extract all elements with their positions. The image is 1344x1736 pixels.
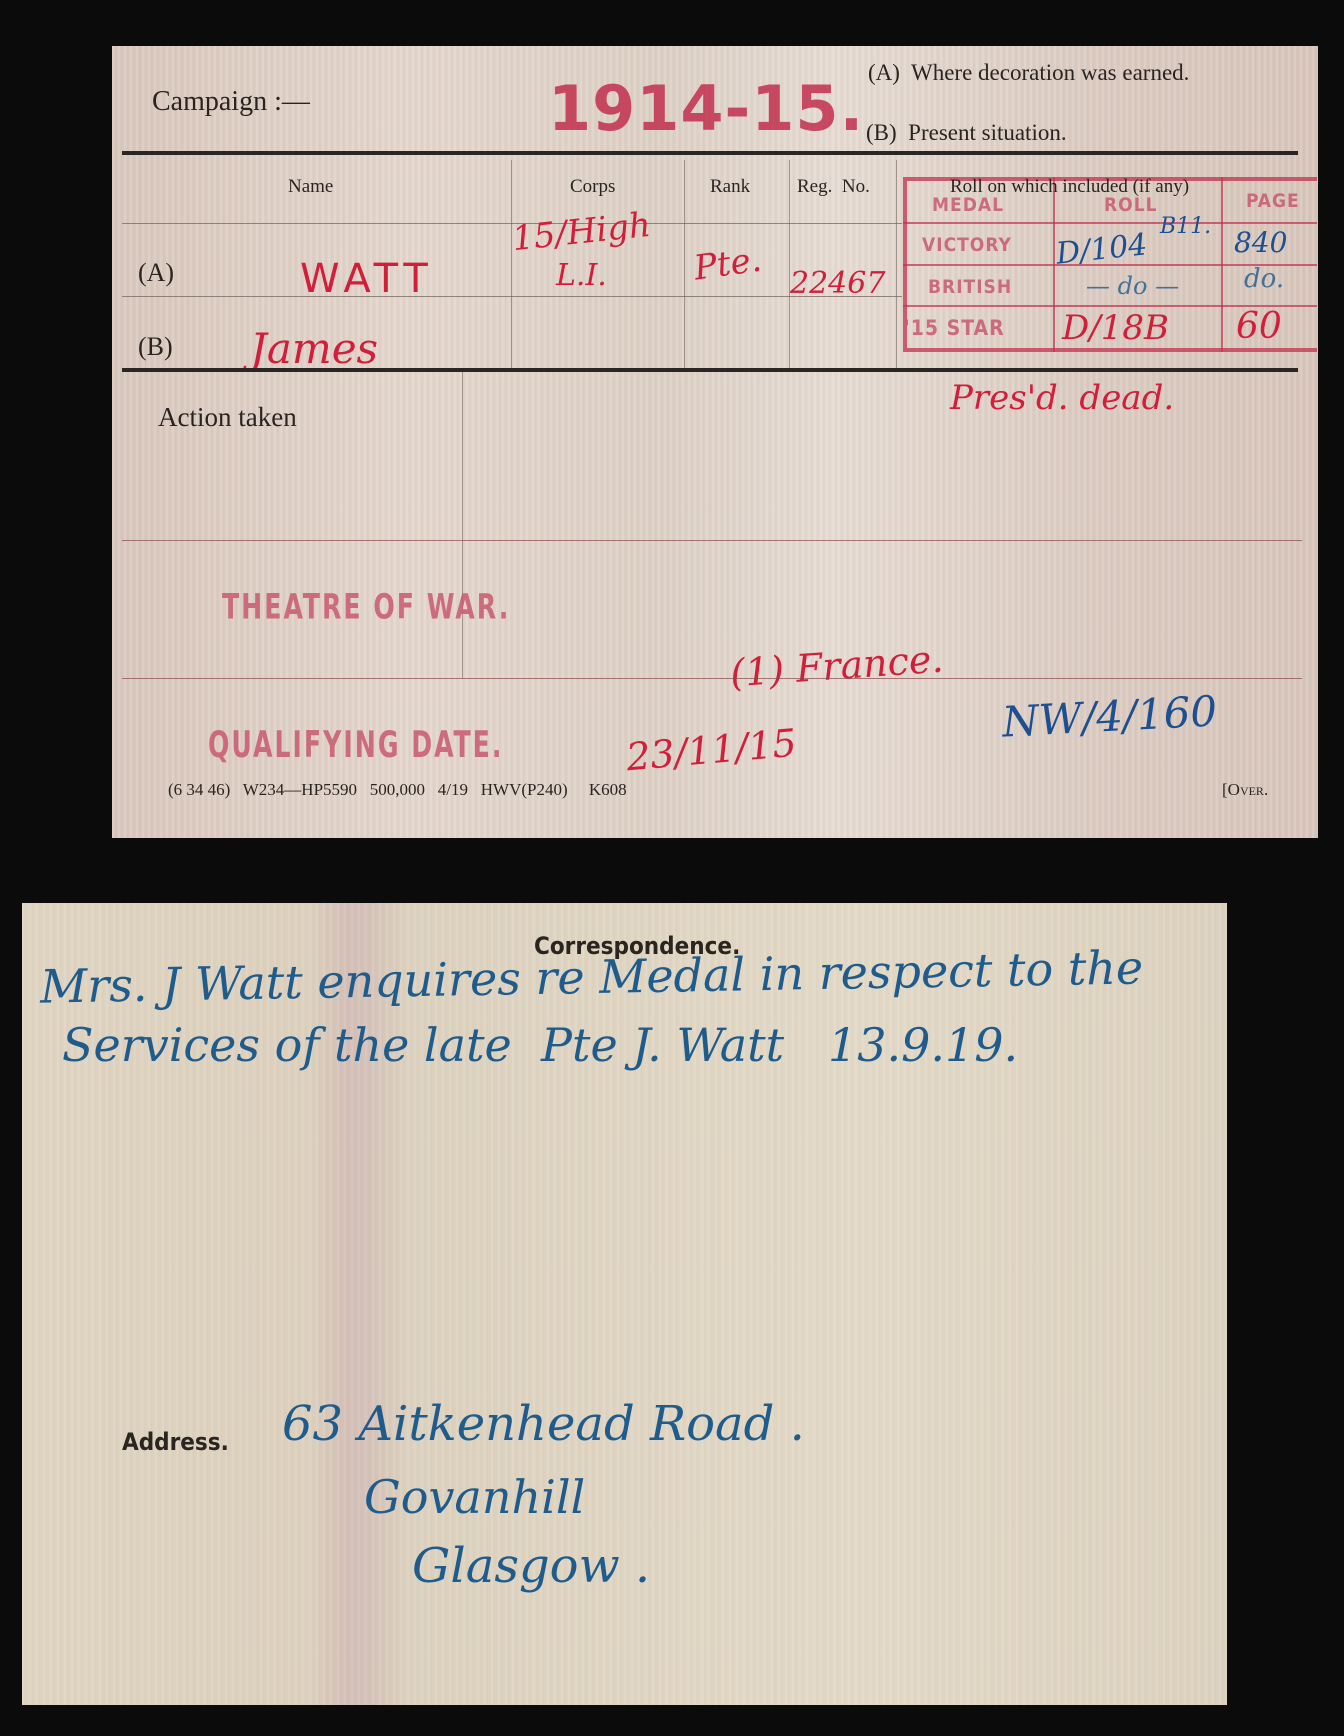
header-rule [122,151,1298,155]
col-divider [684,160,685,368]
stamp-divider [1221,177,1223,352]
legend-b: (B) Present situation. [866,120,1067,146]
col-reg-no: Reg. No. [797,176,870,198]
theatre-label: THEATRE OF WAR. [222,586,510,627]
grid-line [122,540,1302,541]
address-line1: 63 Aitkenhead Road . [282,1396,805,1452]
grid-line [122,296,902,297]
col-name: Name [288,176,333,198]
address-line3: Glasgow . [412,1538,650,1594]
forename: James [250,324,378,373]
campaign-label: Campaign :— [152,86,310,118]
row-b-label: (B) [138,332,173,362]
col-divider [789,160,790,368]
page-victory: 840 [1234,226,1287,259]
print-code: (6 34 46) W234—HP5590 500,000 4/19 HWV(P… [168,780,627,800]
page-star: 60 [1236,306,1282,347]
page-header: PAGE [1246,190,1300,212]
medal-british: BRITISH [928,276,1012,298]
roll-star: D/18B [1062,308,1169,348]
corps-line2: L.I. [556,258,607,293]
col-rank: Rank [710,176,750,198]
medal-victory: VICTORY [922,234,1012,256]
roll-british: — do — [1086,272,1179,300]
reg-no: 22467 [790,266,885,301]
page-british: do. [1244,264,1284,294]
stamp-divider [1053,177,1055,352]
address-label: Address. [122,1428,229,1456]
qualifying-label: QUALIFYING DATE. [208,723,503,766]
address-line2: Govanhill [364,1470,585,1524]
col-divider [896,160,897,368]
col-corps: Corps [570,176,615,198]
legend-a: (A) Where decoration was earned. [868,60,1189,86]
medal-star: '15 STAR [904,316,1005,340]
stamp-line [903,222,1317,224]
row-rule [122,368,1298,372]
campaign-stamp: 1914-15. [548,72,864,145]
surname: WATT [300,256,434,302]
correspondence-line2: Services of the late Pte J. Watt 13.9.19… [62,1018,1018,1072]
action-taken-label: Action taken [158,402,297,433]
action-note: Pres'd. dead. [950,378,1174,418]
row-a-label: (A) [138,258,174,288]
over-label[interactable]: [Over. [1222,780,1268,800]
col-divider [462,372,463,678]
roll-victory-note: B11. [1160,214,1211,239]
col-roll: Roll on which included (if any) [950,176,1189,198]
grid-line [122,678,1302,679]
col-divider [511,160,512,368]
